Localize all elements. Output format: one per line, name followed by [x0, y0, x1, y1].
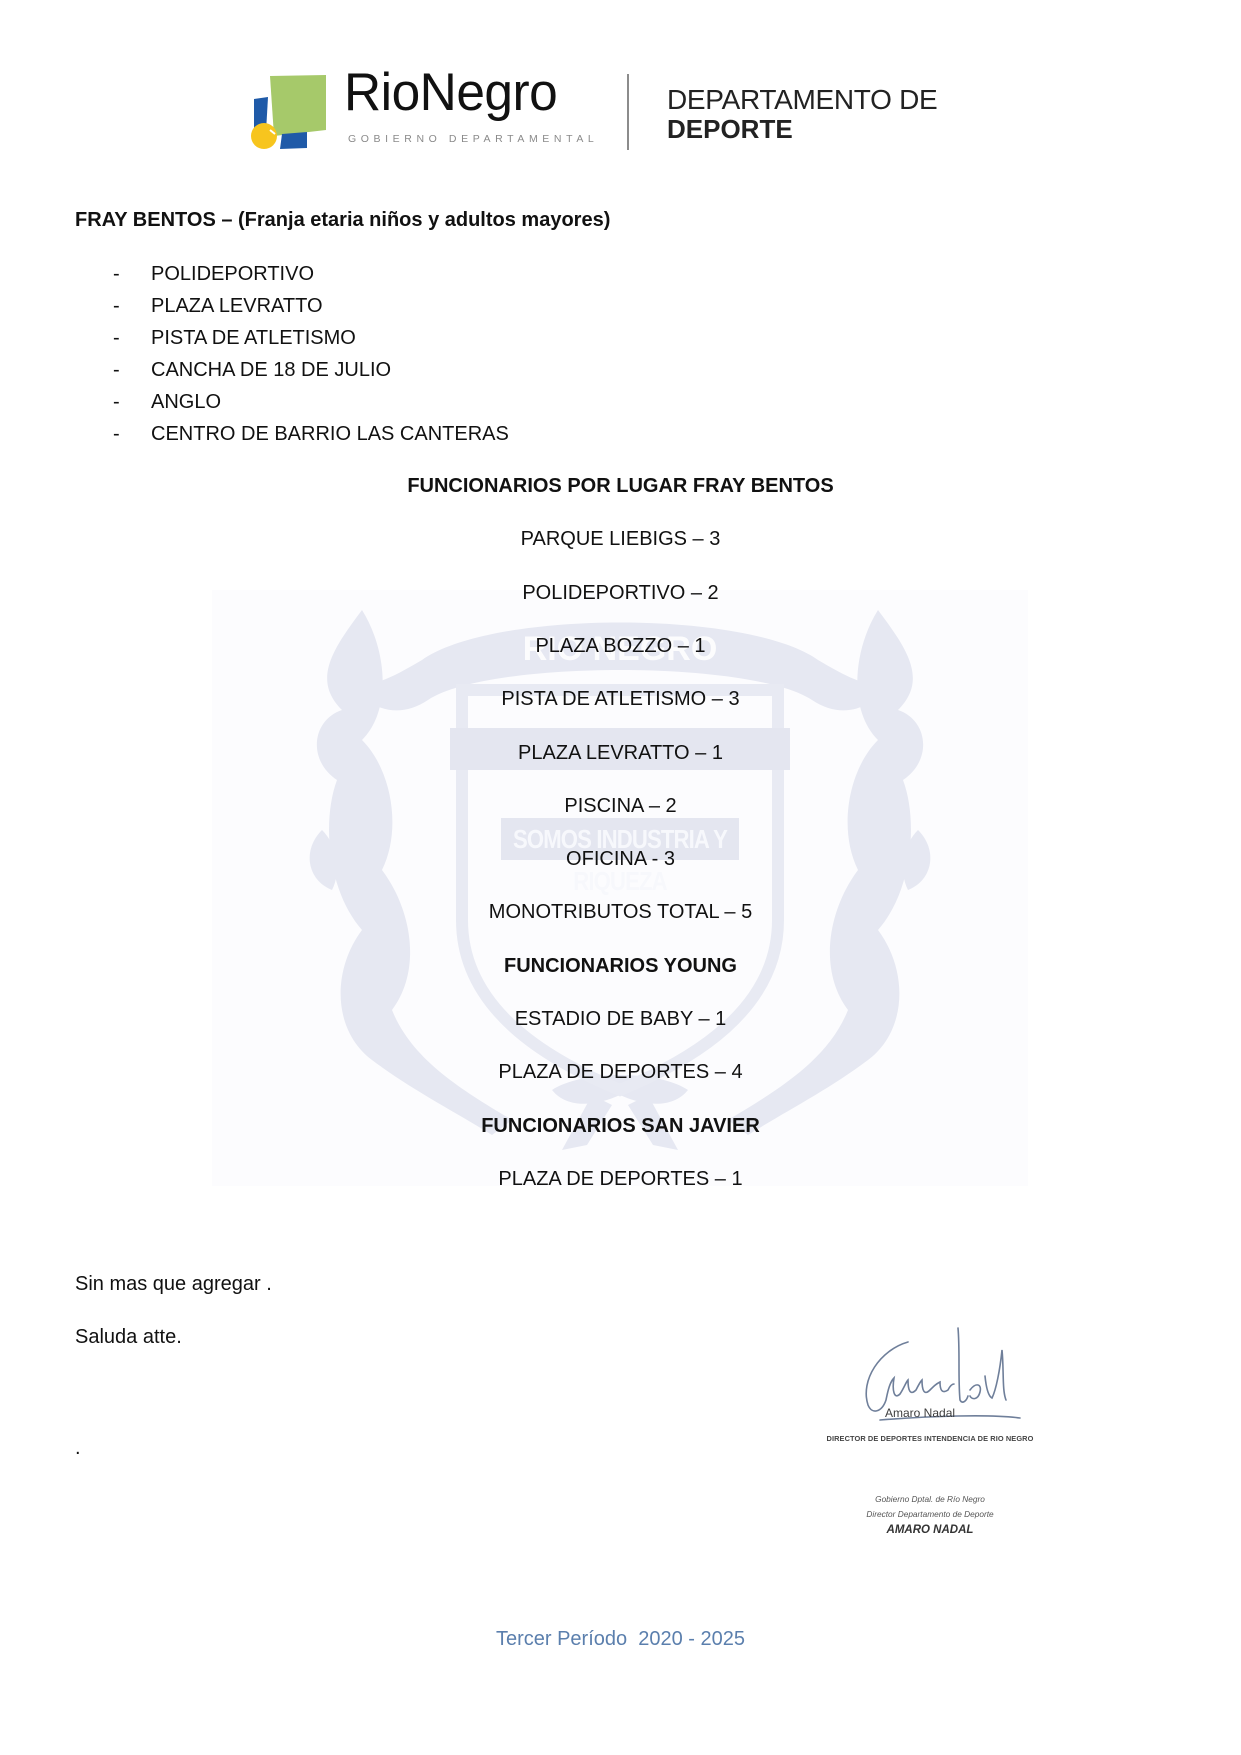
signature-printed-name: Amaro Nadal — [885, 1406, 955, 1420]
stamp-line-2: Director Departamento de Deporte — [790, 1509, 1070, 1519]
list-item-label: CANCHA DE 18 DE JULIO — [151, 358, 391, 382]
trailing-dot: . — [75, 1436, 81, 1460]
list-item-label: CENTRO DE BARRIO LAS CANTERAS — [151, 422, 509, 446]
greeting-line: Saluda atte. — [75, 1325, 182, 1349]
bullet-dash: - — [113, 390, 120, 414]
closing-line: Sin mas que agregar . — [75, 1272, 272, 1296]
list-item-label: PLAZA LEVRATTO — [151, 294, 323, 318]
department-name-line2: DEPORTE — [667, 114, 793, 145]
signature-title: DIRECTOR DE DEPORTES INTENDENCIA DE RIO … — [790, 1434, 1070, 1443]
staff-count-line: OFICINA - 3 — [0, 847, 1241, 871]
bullet-dash: - — [113, 358, 120, 382]
stamp-line-3: AMARO NADAL — [790, 1524, 1070, 1536]
staff-count-line: POLIDEPORTIVO – 2 — [0, 581, 1241, 605]
footer-period: Tercer Período 2020 - 2025 — [0, 1628, 1241, 1651]
staff-group-heading: FUNCIONARIOS SAN JAVIER — [0, 1114, 1241, 1138]
list-item-label: PISTA DE ATLETISMO — [151, 326, 356, 350]
staff-group-heading: FUNCIONARIOS YOUNG — [0, 954, 1241, 978]
staff-count-line: PARQUE LIEBIGS – 3 — [0, 527, 1241, 551]
staff-count-line: MONOTRIBUTOS TOTAL – 5 — [0, 900, 1241, 924]
stamp-line-1: Gobierno Dptal. de Río Negro — [790, 1494, 1070, 1504]
section-title: FRAY BENTOS – (Franja etaria niños y adu… — [75, 208, 610, 232]
staff-count-line: PLAZA LEVRATTO – 1 — [0, 741, 1241, 765]
bullet-dash: - — [113, 262, 120, 286]
brand-subtitle: GOBIERNO DEPARTAMENTAL — [348, 133, 598, 145]
signature-block: Amaro Nadal DIRECTOR DE DEPORTES INTENDE… — [790, 1320, 1070, 1560]
staff-count-line: ESTADIO DE BABY – 1 — [0, 1007, 1241, 1031]
list-item-label: ANGLO — [151, 390, 221, 414]
staff-count-line: PLAZA BOZZO – 1 — [0, 634, 1241, 658]
bullet-dash: - — [113, 326, 120, 350]
staff-count-line: PISTA DE ATLETISMO – 3 — [0, 687, 1241, 711]
list-item-label: POLIDEPORTIVO — [151, 262, 314, 286]
staff-count-line: PLAZA DE DEPORTES – 1 — [0, 1167, 1241, 1191]
brand-name: RioNegro — [344, 66, 557, 119]
header-divider — [627, 74, 629, 150]
bullet-dash: - — [113, 422, 120, 446]
staff-group-heading: FUNCIONARIOS POR LUGAR FRAY BENTOS — [0, 474, 1241, 498]
rionegro-logo-icon — [250, 72, 332, 154]
staff-count-line: PISCINA – 2 — [0, 794, 1241, 818]
bullet-dash: - — [113, 294, 120, 318]
staff-count-line: PLAZA DE DEPORTES – 4 — [0, 1060, 1241, 1084]
department-name-line1: DEPARTAMENTO DE — [667, 84, 937, 116]
